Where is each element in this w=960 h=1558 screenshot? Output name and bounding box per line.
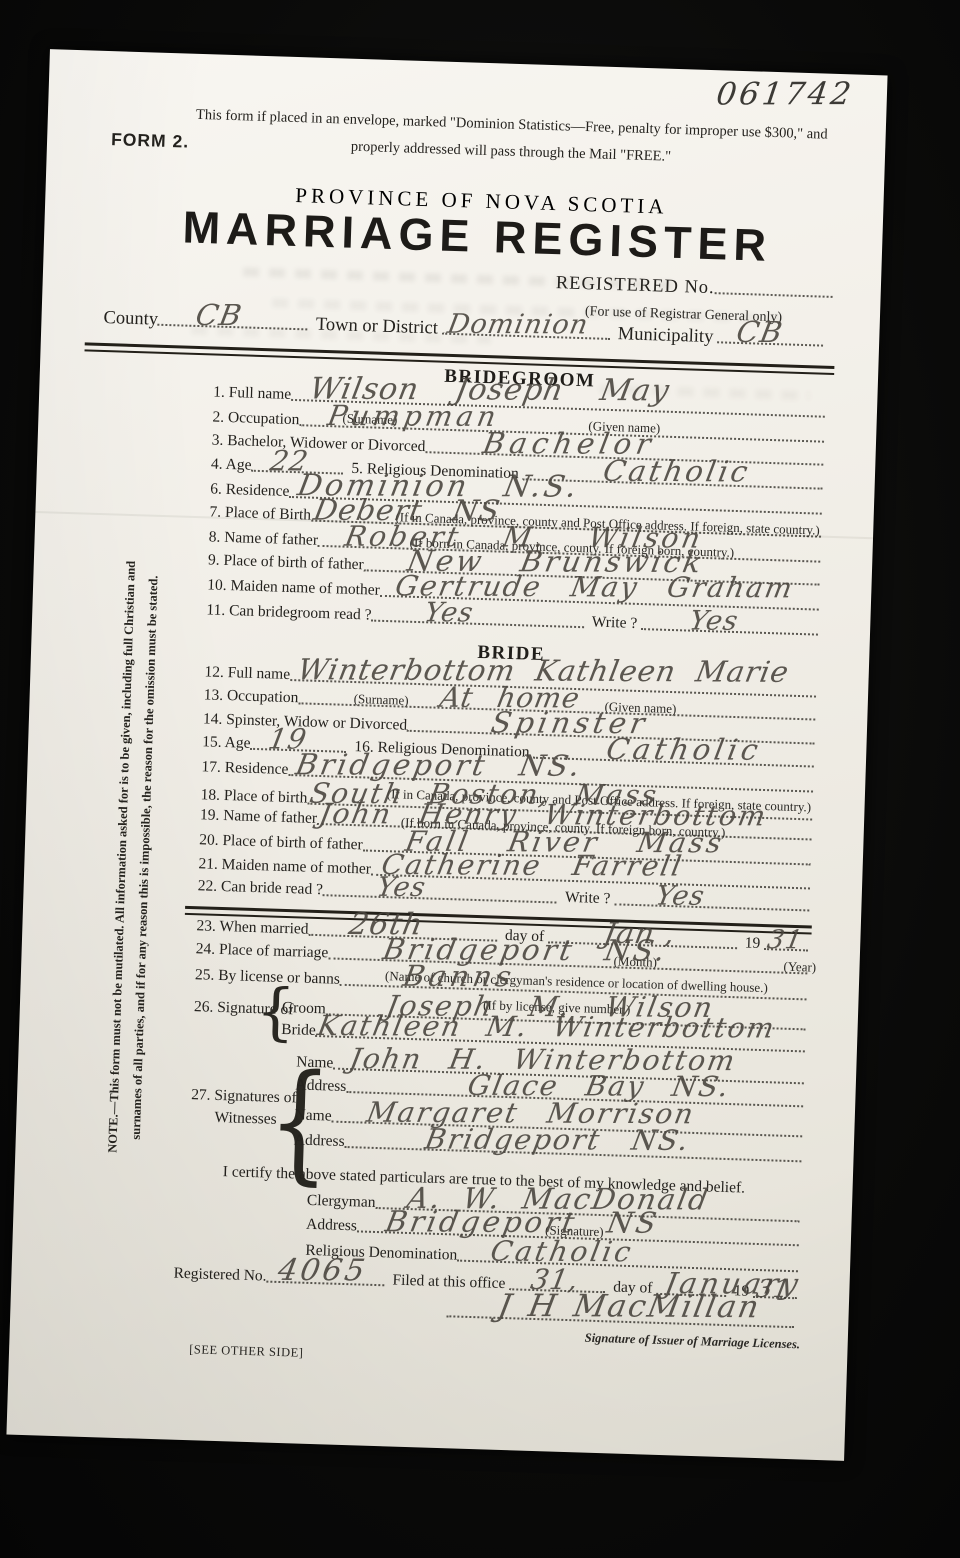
field-blank: Bridgeport NS. xyxy=(344,1145,801,1162)
registered-no-row: REGISTERED No. xyxy=(556,268,834,303)
field-label: 17. Residence xyxy=(201,756,289,781)
write-label: Write ? xyxy=(583,611,641,635)
field-label: 15. Age xyxy=(202,731,251,755)
document-number-handwritten: 061742 xyxy=(714,76,856,112)
registered-number-handwritten: 4065 xyxy=(276,1253,371,1288)
issuer-signature-handwritten: J H MacMillan xyxy=(495,1288,763,1325)
witness2-address-handwritten: Bridgeport NS. xyxy=(422,1123,692,1157)
name-label: Name xyxy=(294,1104,332,1127)
field-label: 22. Can bride read ? xyxy=(197,875,323,901)
bride-denomination-handwritten: Catholic xyxy=(603,732,764,767)
registered-no-blank xyxy=(715,291,833,298)
field-blank: J H MacMillan xyxy=(446,1314,794,1328)
field-label: 11. Can bridegroom read ? xyxy=(206,599,372,626)
municipality-blank: CB xyxy=(717,340,823,346)
field-blank: Yes xyxy=(371,619,583,629)
scanned-document-background: 061742 This form if placed in an envelop… xyxy=(0,0,960,1558)
address-label: Address xyxy=(306,1214,357,1238)
address-label: Address xyxy=(295,1074,346,1098)
bride-label: Bride xyxy=(281,1019,316,1042)
form-paper: 061742 This form if placed in an envelop… xyxy=(6,49,887,1461)
county-label: County xyxy=(103,307,158,331)
year-handwritten: 31 xyxy=(765,925,806,955)
margin-note: NOTE.—This form must not be mutilated. A… xyxy=(100,510,167,1205)
town-blank: Dominion xyxy=(442,332,610,340)
field-blank: 4065 xyxy=(266,1280,384,1287)
see-other-side-note: [SEE OTHER SIDE] xyxy=(189,1342,304,1361)
groom-write-handwritten: Yes xyxy=(687,606,741,637)
field-blank: 31 xyxy=(764,947,808,951)
county-value-handwritten: CB xyxy=(194,298,246,332)
field-label: 4. Age xyxy=(211,453,252,476)
groom-read-handwritten: Yes xyxy=(422,597,476,628)
field-blank: Yes xyxy=(641,627,818,636)
groom-denomination-handwritten: Catholic xyxy=(600,454,753,489)
registered-no-label: REGISTERED No. xyxy=(556,272,716,299)
county-blank: CB xyxy=(158,323,308,331)
issuer-caption: Signature of Issuer of Marriage Licenses… xyxy=(585,1331,801,1353)
write-label: Write ? xyxy=(557,887,615,911)
license-handwritten: Banns xyxy=(400,959,518,993)
bride-read-handwritten: Yes xyxy=(374,872,428,903)
filed-label: Filed at this office xyxy=(384,1269,510,1295)
town-value-handwritten: Dominion xyxy=(445,309,591,341)
groom-occupation-handwritten: Pumpman xyxy=(325,399,502,433)
town-label: Town or District xyxy=(308,313,443,339)
registered-label: Registered No. xyxy=(173,1263,267,1288)
field-blank: Yes xyxy=(323,893,557,903)
bride-write-handwritten: Yes xyxy=(653,881,707,912)
municipality-value-handwritten: CB xyxy=(734,315,786,349)
bride-signature-handwritten: Kathleen M. Winterbottom xyxy=(315,1009,779,1044)
municipality-label: Municipality xyxy=(609,323,717,348)
form-number-label: FORM 2. xyxy=(111,129,190,152)
field-blank: Yes xyxy=(614,902,809,911)
address-label: Address xyxy=(293,1129,344,1153)
